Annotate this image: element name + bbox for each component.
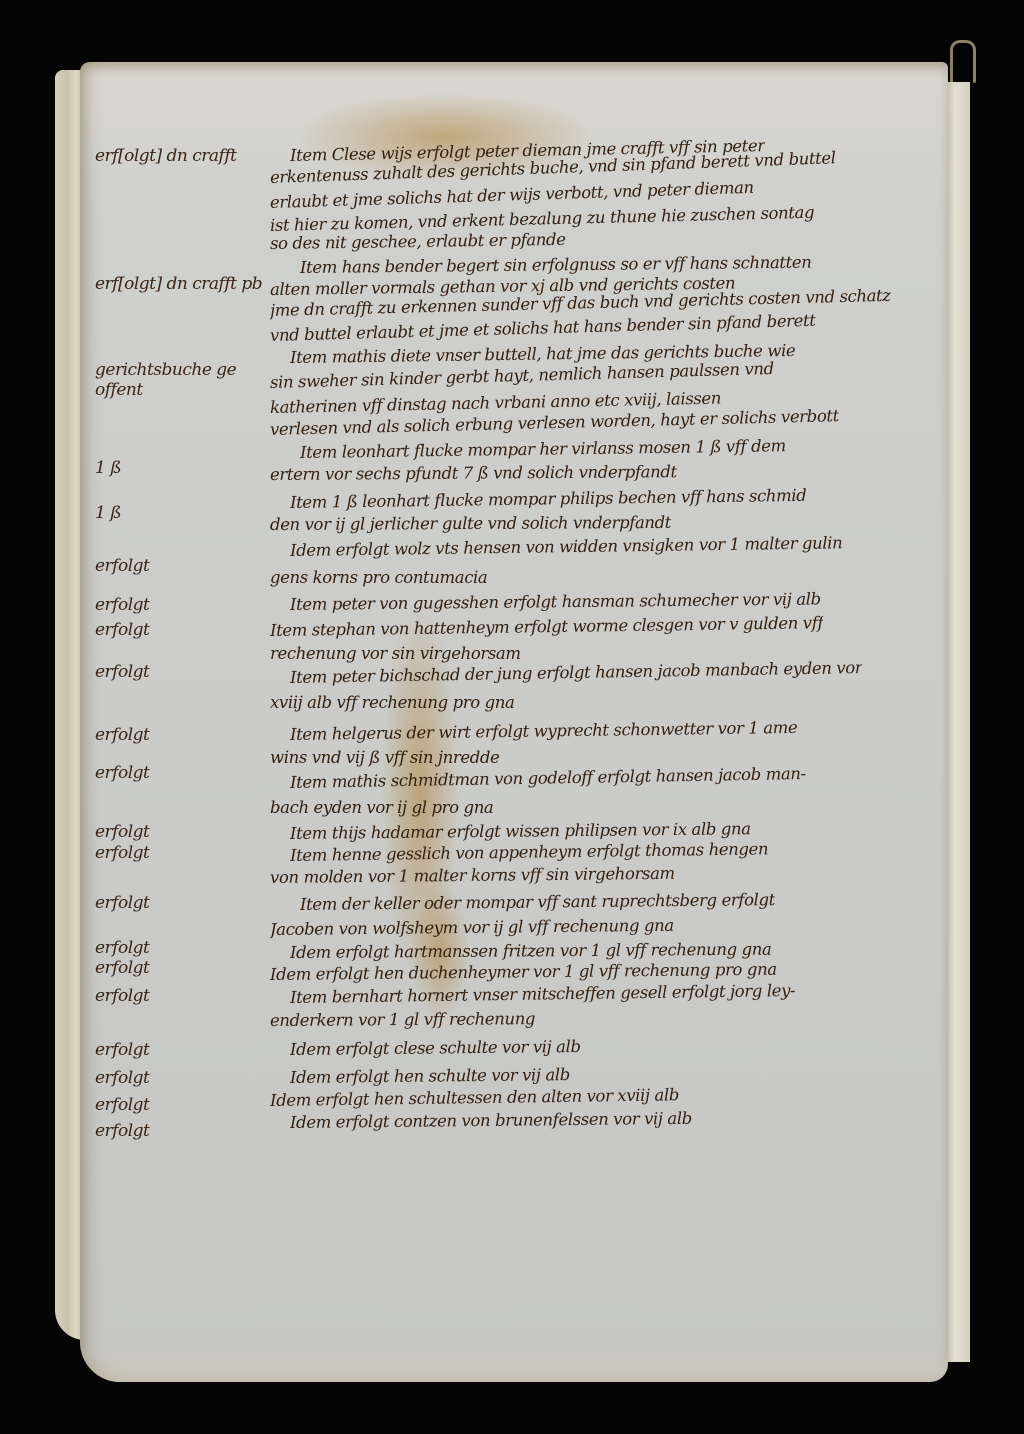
margin-note: erfolgt — [95, 556, 149, 576]
margin-note: erfolgt — [95, 822, 149, 842]
text-line: ertern vor sechs pfundt 7 ß vnd solich v… — [270, 462, 677, 484]
text-line: enderkern vor 1 gl vff rechenung — [270, 1009, 535, 1030]
margin-note: 1 ß — [95, 503, 121, 523]
text-line: Item der keller oder mompar vff sant rup… — [300, 890, 775, 914]
text-line: Item stephan von hattenheym erfolgt worm… — [270, 613, 823, 640]
text-line: xviij alb vff rechenung pro gna — [270, 693, 514, 712]
margin-note: erfolgt — [95, 763, 149, 783]
text-line: Idem erfolgt clese schulte vor vij alb — [290, 1037, 581, 1059]
text-line: Idem erfolgt contzen von brunenfelssen v… — [290, 1109, 692, 1132]
margin-note: erfolgt — [95, 725, 149, 745]
text-line: rechenung vor sin virgehorsam — [270, 644, 521, 663]
text-line: Item leonhart flucke mompar her virlanss… — [300, 436, 786, 462]
text-line: bach eyden vor ij gl pro gna — [270, 798, 493, 817]
margin-note: erfolgt — [95, 662, 149, 682]
text-line: Idem erfolgt hen duchenheymer vor 1 gl v… — [270, 960, 777, 984]
text-line: Jacoben von wolfsheym vor ij gl vff rech… — [270, 916, 674, 939]
text-line: den vor ij gl jerlicher gulte vnd solich… — [270, 513, 671, 534]
margin-note: erfolgt — [95, 595, 149, 615]
margin-note: gerichtsbuche ge — [95, 360, 236, 380]
margin-note: erfolgt — [95, 893, 149, 913]
text-line: von molden vor 1 malter korns vff sin vi… — [270, 864, 675, 887]
text-line: so des nit geschee, erlaubt er pfande — [270, 230, 566, 253]
text-line: Item thijs hadamar erfolgt wissen philip… — [290, 819, 751, 843]
margin-note: offent — [95, 380, 143, 400]
margin-note: erfolgt — [95, 958, 149, 978]
margin-note: erfolgt — [95, 938, 149, 958]
text-line: Item helgerus der wirt erfolgt wyprecht … — [290, 718, 798, 744]
text-line: Idem erfolgt hen schulte vor vij alb — [290, 1065, 570, 1087]
text-line: Idem erfolgt hartmanssen fritzen vor 1 g… — [290, 940, 772, 962]
text-line: Item mathis schmidtman von godeloff erfo… — [290, 764, 806, 792]
margin-annotations: erf[olgt] dn craffterf[olgt] dn crafft p… — [95, 0, 265, 1434]
text-line: gens korns pro contumacia — [270, 568, 487, 587]
text-line: Item peter von gugesshen erfolgt hansman… — [290, 589, 821, 614]
margin-note: 1 ß — [95, 458, 121, 478]
text-line: wins vnd vij ß vff sin jnredde — [270, 748, 499, 767]
margin-note: erf[olgt] dn crafft — [95, 146, 236, 166]
text-line: Item henne gesslich von appenheym erfolg… — [290, 839, 768, 865]
margin-note: erfolgt — [95, 986, 149, 1006]
margin-note: erfolgt — [95, 620, 149, 640]
margin-note: erfolgt — [95, 1068, 149, 1088]
text-line: Item bernhart hornert vnser mitscheffen … — [290, 981, 795, 1007]
main-text-body: Item Clese wijs erfolgt peter dieman jme… — [270, 0, 960, 1434]
text-line: Idem erfolgt wolz vts hensen von widden … — [290, 533, 843, 560]
text-line: Idem erfolgt hen schultessen den alten v… — [270, 1085, 679, 1110]
margin-note: erfolgt — [95, 1040, 149, 1060]
margin-note: erf[olgt] dn crafft pb — [95, 274, 262, 294]
text-line: Item 1 ß leonhart flucke mompar philips … — [290, 486, 807, 512]
margin-note: erfolgt — [95, 843, 149, 863]
margin-note: erfolgt — [95, 1121, 149, 1141]
margin-note: erfolgt — [95, 1095, 149, 1115]
